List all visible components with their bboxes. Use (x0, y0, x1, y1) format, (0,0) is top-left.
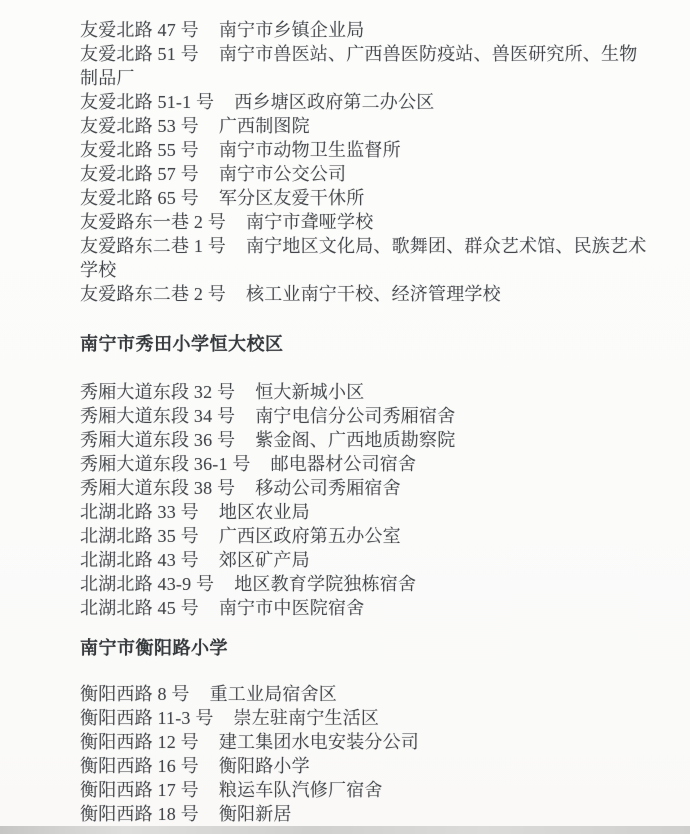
address: 衡阳西路 18 号 (80, 804, 199, 824)
address: 友爱北路 57 号 (80, 164, 199, 184)
address: 衡阳西路 17 号 (80, 780, 199, 800)
institution: 南宁市乡镇企业局 (219, 20, 365, 40)
address-entry: 友爱路东一巷 2 号南宁市聋哑学校 (80, 210, 647, 234)
address: 北湖北路 33 号 (80, 502, 199, 522)
address: 北湖北路 35 号 (80, 526, 199, 546)
address: 友爱北路 47 号 (80, 20, 199, 40)
address: 友爱北路 65 号 (80, 188, 199, 208)
address-entry: 秀厢大道东段 34 号南宁电信分公司秀厢宿舍 (80, 404, 647, 428)
address-entry: 友爱北路 57 号南宁市公交公司 (80, 162, 647, 186)
institution: 南宁市中医院宿舍 (219, 598, 365, 618)
institution: 重工业局宿舍区 (210, 684, 337, 704)
address-entry: 衡阳西路 12 号建工集团水电安装分公司 (80, 730, 647, 754)
address-entry: 友爱北路 53 号广西制图院 (80, 114, 647, 138)
address-entry: 衡阳西路 11-3 号崇左驻南宁生活区 (80, 706, 647, 730)
address: 秀厢大道东段 36-1 号 (80, 454, 251, 474)
institution: 军分区友爱干休所 (219, 188, 365, 208)
institution: 核工业南宁干校、经济管理学校 (246, 284, 501, 304)
institution: 衡阳新居 (219, 804, 292, 824)
address: 友爱北路 51-1 号 (80, 92, 214, 112)
address: 秀厢大道东段 32 号 (80, 382, 235, 402)
address-entry: 友爱路东二巷 1 号南宁地区文化局、歌舞团、群众艺术馆、民族艺术学校 (80, 234, 647, 282)
institution: 广西制图院 (219, 116, 310, 136)
institution: 建工集团水电安装分公司 (219, 732, 419, 752)
address-entry: 秀厢大道东段 36-1 号邮电器材公司宿舍 (80, 452, 647, 476)
address: 友爱路东二巷 2 号 (80, 284, 226, 304)
entry-list-xiutian: 秀厢大道东段 32 号恒大新城小区 秀厢大道东段 34 号南宁电信分公司秀厢宿舍… (80, 380, 647, 620)
institution: 南宁电信分公司秀厢宿舍 (255, 406, 455, 426)
address-entry: 北湖北路 43-9 号地区教育学院独栋宿舍 (80, 572, 647, 596)
address: 北湖北路 43-9 号 (80, 574, 214, 594)
address: 北湖北路 45 号 (80, 598, 199, 618)
institution: 广西区政府第五办公室 (219, 526, 401, 546)
institution: 南宁市聋哑学校 (246, 212, 373, 232)
address: 北湖北路 43 号 (80, 550, 199, 570)
address-entry: 衡阳西路 17 号粮运车队汽修厂宿舍 (80, 778, 647, 802)
address-entry: 衡阳西路 16 号衡阳路小学 (80, 754, 647, 778)
institution: 移动公司秀厢宿舍 (255, 478, 401, 498)
institution: 邮电器材公司宿舍 (271, 454, 417, 474)
institution: 地区农业局 (219, 502, 310, 522)
address: 衡阳西路 12 号 (80, 732, 199, 752)
institution: 衡阳路小学 (219, 756, 310, 776)
address-entry: 友爱北路 65 号军分区友爱干休所 (80, 186, 647, 210)
address-entry: 友爱北路 55 号南宁市动物卫生监督所 (80, 138, 647, 162)
address: 友爱路东一巷 2 号 (80, 212, 226, 232)
address-entry: 友爱北路 51-1 号西乡塘区政府第二办公区 (80, 90, 647, 114)
institution: 崇左驻南宁生活区 (234, 708, 380, 728)
address-entry: 北湖北路 43 号郊区矿产局 (80, 548, 647, 572)
address: 秀厢大道东段 36 号 (80, 430, 235, 450)
address-entry: 友爱北路 51 号南宁市兽医站、广西兽医防疫站、兽医研究所、生物制品厂 (80, 42, 647, 90)
section-heading-xiutian-hengda: 南宁市秀田小学恒大校区 (80, 332, 647, 356)
institution: 南宁市公交公司 (219, 164, 346, 184)
institution: 郊区矿产局 (219, 550, 310, 570)
institution: 南宁市动物卫生监督所 (219, 140, 401, 160)
scanned-document-page: 友爱北路 47 号南宁市乡镇企业局 友爱北路 51 号南宁市兽医站、广西兽医防疫… (0, 0, 690, 834)
institution: 地区教育学院独栋宿舍 (234, 574, 416, 594)
address-entry: 衡阳西路 8 号重工业局宿舍区 (80, 682, 647, 706)
address: 友爱路东二巷 1 号 (80, 236, 226, 256)
address-entry: 友爱路东二巷 2 号核工业南宁干校、经济管理学校 (80, 282, 647, 306)
page-bottom-scan-edge (0, 826, 690, 834)
address-entry: 秀厢大道东段 36 号紫金阁、广西地质勘察院 (80, 428, 647, 452)
address: 友爱北路 53 号 (80, 116, 199, 136)
entry-list-youai-continuation: 友爱北路 47 号南宁市乡镇企业局 友爱北路 51 号南宁市兽医站、广西兽医防疫… (80, 18, 647, 306)
address: 秀厢大道东段 34 号 (80, 406, 235, 426)
address-entry: 友爱北路 47 号南宁市乡镇企业局 (80, 18, 647, 42)
address-entry: 北湖北路 33 号地区农业局 (80, 500, 647, 524)
institution: 粮运车队汽修厂宿舍 (219, 780, 383, 800)
address-entry: 秀厢大道东段 32 号恒大新城小区 (80, 380, 647, 404)
address-entry: 衡阳西路 18 号衡阳新居 (80, 802, 647, 826)
section-heading-hengyanglu: 南宁市衡阳路小学 (80, 636, 647, 660)
address: 友爱北路 51 号 (80, 44, 199, 64)
address: 友爱北路 55 号 (80, 140, 199, 160)
address: 衡阳西路 11-3 号 (80, 708, 214, 728)
institution: 西乡塘区政府第二办公区 (234, 92, 434, 112)
address: 衡阳西路 8 号 (80, 684, 190, 704)
address: 秀厢大道东段 38 号 (80, 478, 235, 498)
institution: 紫金阁、广西地质勘察院 (255, 430, 455, 450)
address-entry: 秀厢大道东段 38 号移动公司秀厢宿舍 (80, 476, 647, 500)
address-entry: 北湖北路 45 号南宁市中医院宿舍 (80, 596, 647, 620)
institution: 恒大新城小区 (255, 382, 364, 402)
entry-list-hengyanglu: 衡阳西路 8 号重工业局宿舍区 衡阳西路 11-3 号崇左驻南宁生活区 衡阳西路… (80, 682, 647, 826)
address-entry: 北湖北路 35 号广西区政府第五办公室 (80, 524, 647, 548)
address: 衡阳西路 16 号 (80, 756, 199, 776)
